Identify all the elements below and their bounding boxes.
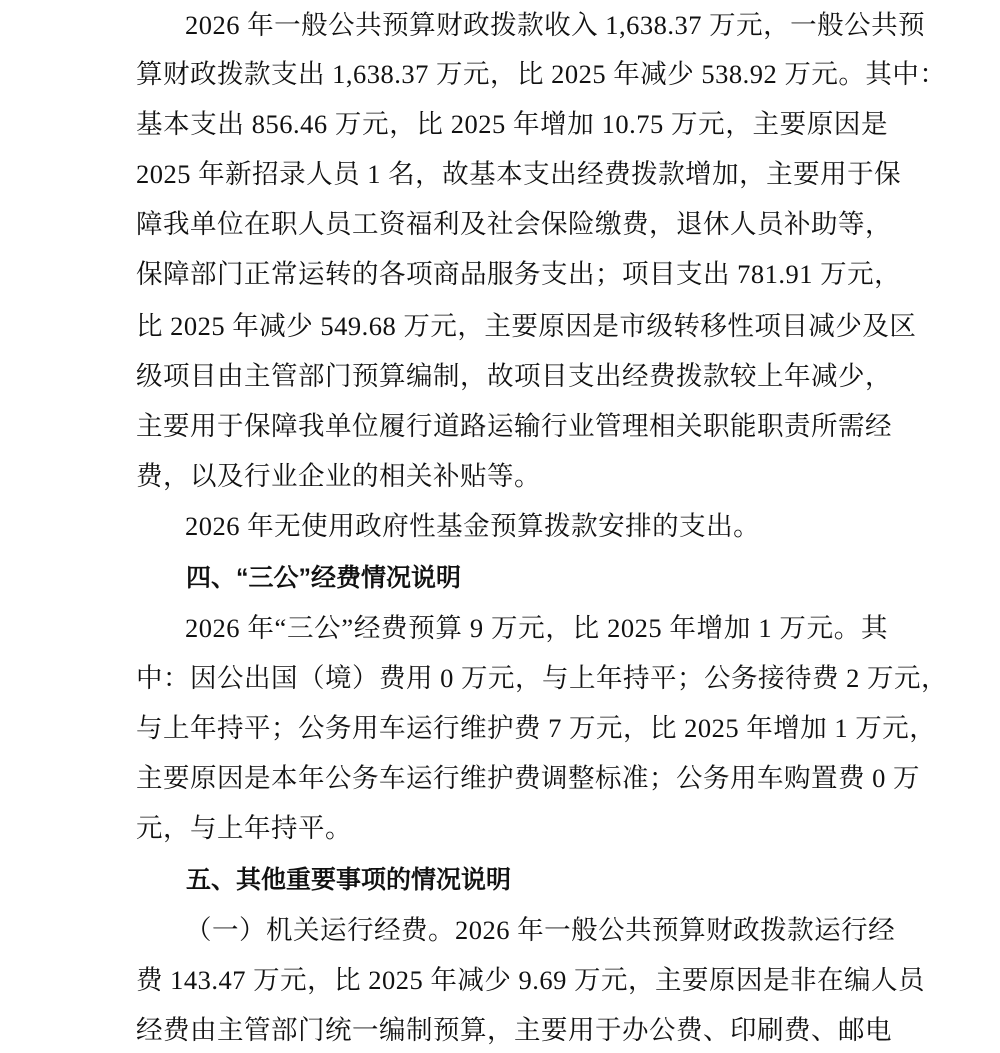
section-heading: 四、“三公”经费情况说明 [186, 553, 938, 603]
text-line: 主要用于保障我单位履行道路运输行业管理相关职能职责所需经 [136, 401, 888, 451]
text-line: 中：因公出国（境）费用 0 万元，与上年持平；公务接待费 2 万元， [136, 653, 888, 703]
text-line: 2026 年无使用政府性基金预算拨款安排的支出。 [185, 501, 888, 551]
text-line: 算财政拨款支出 1,638.37 万元，比 2025 年减少 538.92 万元… [136, 49, 888, 99]
text-line: （一）机关运行经费。2026 年一般公共预算财政拨款运行经 [185, 905, 888, 955]
text-line: 2026 年一般公共预算财政拨款收入 1,638.37 万元，一般公共预 [185, 0, 888, 50]
text-line: 障我单位在职人员工资福利及社会保险缴费，退休人员补助等， [136, 199, 888, 249]
document-page: 2026 年一般公共预算财政拨款收入 1,638.37 万元，一般公共预 算财政… [0, 0, 1000, 1053]
text-line: 经费由主管部门统一编制预算，主要用于办公费、印刷费、邮电 [136, 1005, 888, 1053]
text-line: 基本支出 856.46 万元，比 2025 年增加 10.75 万元，主要原因是 [136, 99, 888, 149]
text-line: 2025 年新招录人员 1 名，故基本支出经费拨款增加，主要用于保 [136, 149, 888, 199]
text-line: 主要原因是本年公务车运行维护费调整标准；公务用车购置费 0 万 [136, 753, 888, 803]
text-line: 保障部门正常运转的各项商品服务支出；项目支出 781.91 万元， [136, 249, 888, 299]
text-line: 比 2025 年减少 549.68 万元，主要原因是市级转移性项目减少及区 [136, 301, 888, 351]
section-heading: 五、其他重要事项的情况说明 [186, 855, 938, 905]
text-line: 费，以及行业企业的相关补贴等。 [136, 451, 888, 501]
text-line: 2026 年“三公”经费预算 9 万元，比 2025 年增加 1 万元。其 [185, 603, 888, 653]
text-line: 元，与上年持平。 [136, 803, 888, 853]
text-line: 费 143.47 万元，比 2025 年减少 9.69 万元，主要原因是非在编人… [136, 955, 888, 1005]
text-line: 级项目由主管部门预算编制，故项目支出经费拨款较上年减少， [136, 351, 888, 401]
text-line: 与上年持平；公务用车运行维护费 7 万元，比 2025 年增加 1 万元， [136, 703, 888, 753]
